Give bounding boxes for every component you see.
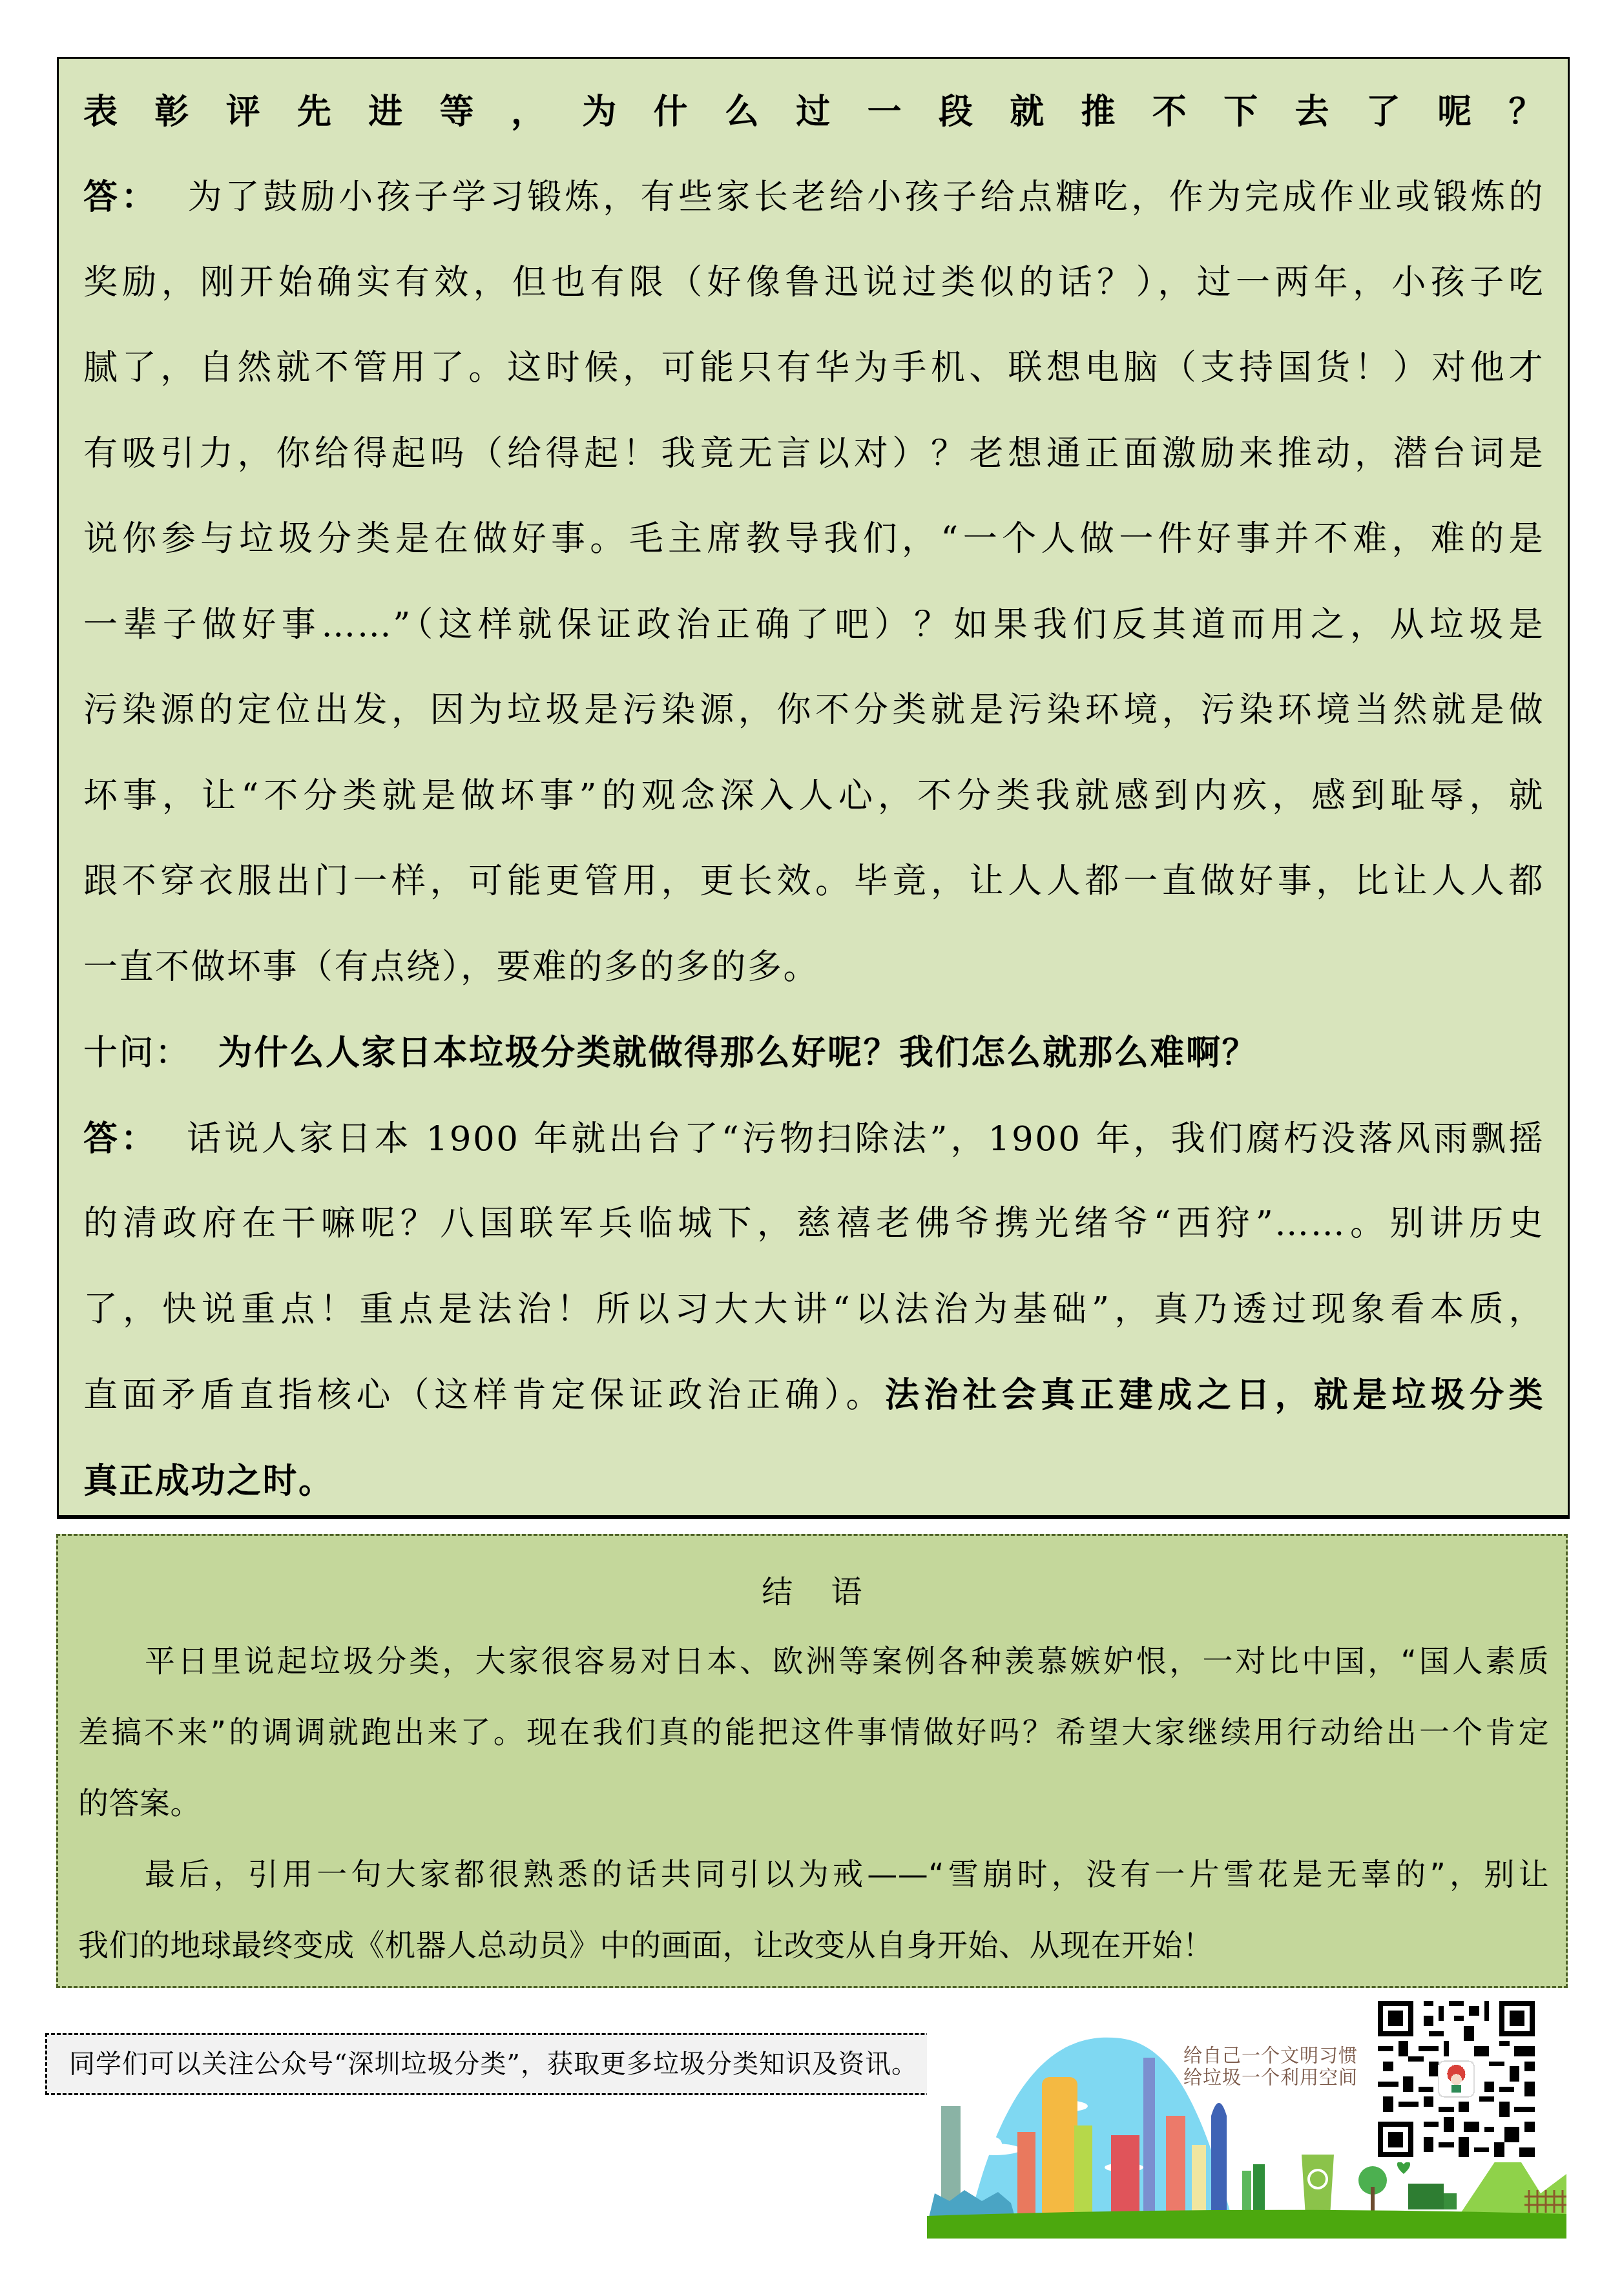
body-text: 说你参与垃圾分类是在做好事。毛主席教导我们，“一个人做一件好事并不难，难的是 [83, 519, 1544, 559]
body-text: 的清政府在干嘛呢？八国联军兵临城下，慈禧老佛爷携光绪爷“西狩”……。别讲历史 [83, 1204, 1544, 1243]
qr-code-icon [1371, 1996, 1542, 2162]
qa-line: 了，快说重点！重点是法治！所以习大大讲“以法治为基础”，真乃透过现象看本质， [83, 1267, 1544, 1353]
qa-line: 坏事，让“不分类就是做坏事”的观念深入人心，不分类我就感到内疚，感到耻辱，就 [83, 754, 1544, 840]
qa-line: 答： 为了鼓励小孩子学习锻炼，有些家长老给小孩子给点糖吃，作为完成作业或锻炼的 [83, 154, 1544, 240]
wechat-follow-note: 同学们可以关注公众号“深圳垃圾分类”，获取更多垃圾分类知识及资讯。 [45, 2033, 1012, 2095]
body-text: 一直不做坏事（有点绕），要难的多的多的多。 [83, 947, 819, 987]
bold-text: 真正成功之时。 [83, 1461, 335, 1501]
slogan-line-2: 给垃圾一个利用空间 [1183, 2067, 1358, 2089]
conclusion-line: 的答案。 [78, 1768, 1549, 1839]
bold-text: 答： [83, 1119, 158, 1159]
slogan-line-1: 给自己一个文明习惯 [1183, 2045, 1358, 2067]
body-text: 一辈子做好事……”（这样就保证政治正确了吧）？如果我们反其道而用之，从垃圾是 [83, 605, 1544, 645]
qa-line: 一直不做坏事（有点绕），要难的多的多的多。 [83, 925, 1544, 1011]
qa-line: 跟不穿衣服出门一样，可能更管用，更长效。毕竟，让人人都一直做好事，比让人人都 [83, 839, 1544, 925]
conclusion-line: 平日里说起垃圾分类，大家很容易对日本、欧洲等案例各种羡慕嫉妒恨，一对比中国，“国… [145, 1626, 1549, 1697]
body-text: 跟不穿衣服出门一样，可能更管用，更长效。毕竟，让人人都一直做好事，比让人人都 [83, 862, 1544, 901]
qa-line: 表彰评先进等，为什么过一段就推不下去了呢？ [83, 69, 1544, 155]
slogan: 给自己一个文明习惯 给垃圾一个利用空间 [1183, 2045, 1358, 2089]
qa-section: 表彰评先进等，为什么过一段就推不下去了呢？答： 为了鼓励小孩子学习锻炼，有些家长… [57, 57, 1570, 1519]
qa-line: 十问： 为什么人家日本垃圾分类就做得那么好呢？我们怎么就那么难啊？ [83, 1010, 1544, 1096]
qa-line: 奖励，刚开始确实有效，但也有限（好像鲁迅说过类似的话？），过一两年，小孩子吃 [83, 240, 1544, 326]
bold-text: 答： [83, 177, 159, 217]
body-text: 奖励，刚开始确实有效，但也有限（好像鲁迅说过类似的话？），过一两年，小孩子吃 [83, 263, 1544, 302]
conclusion-section: 结 语 平日里说起垃圾分类，大家很容易对日本、欧洲等案例各种羡慕嫉妒恨，一对比中… [56, 1534, 1568, 1988]
body-text: 坏事，让“不分类就是做坏事”的观念深入人心，不分类我就感到内疚，感到耻辱，就 [83, 776, 1544, 816]
qa-line: 直面矛盾直指核心（这样肯定保证政治正确）。法治社会真正建成之日，就是垃圾分类 [83, 1352, 1544, 1438]
qa-line: 答： 话说人家日本 1900 年就出台了“污物扫除法”，1900 年，我们腐朽没… [83, 1096, 1544, 1182]
body-text: 了，快说重点！重点是法治！所以习大大讲“以法治为基础”，真乃透过现象看本质， [83, 1290, 1544, 1329]
bold-text: 法治社会真正建成之日，就是垃圾分类 [885, 1375, 1544, 1415]
conclusion-title: 结 语 [58, 1569, 1566, 1615]
qa-line: 腻了，自然就不管用了。这时候，可能只有华为手机、联想电脑（支持国货！）对他才 [83, 326, 1544, 411]
qa-line: 的清政府在干嘛呢？八国联军兵临城下，慈禧老佛爷携光绪爷“西狩”……。别讲历史 [83, 1181, 1544, 1267]
body-text: 污染源的定位出发，因为垃圾是污染源，你不分类就是污染环境，污染环境当然就是做 [83, 690, 1544, 730]
qa-line: 污染源的定位出发，因为垃圾是污染源，你不分类就是污染环境，污染环境当然就是做 [83, 668, 1544, 754]
bold-text: 为什么人家日本垃圾分类就做得那么好呢？我们怎么就那么难啊？ [191, 1033, 1258, 1073]
conclusion-line: 差搞不来”的调调就跑出来了。现在我们真的能把这件事情做好吗？希望大家继续用行动给… [78, 1697, 1549, 1768]
body-text: 有吸引力，你给得起吗（给得起！我竟无言以对）？老想通正面激励来推动，潜台词是 [83, 434, 1544, 473]
question-label: 十问： [83, 1033, 191, 1073]
body-text: 话说人家日本 1900 年就出台了“污物扫除法”，1900 年，我们腐朽没落风雨… [158, 1119, 1544, 1159]
conclusion-line: 最后，引用一句大家都很熟悉的话共同引以为戒——“雪崩时，没有一片雪花是无辜的”，… [145, 1839, 1549, 1910]
qa-line: 说你参与垃圾分类是在做好事。毛主席教导我们，“一个人做一件好事并不难，难的是 [83, 497, 1544, 583]
qa-line: 一辈子做好事……”（这样就保证政治正确了吧）？如果我们反其道而用之，从垃圾是 [83, 583, 1544, 668]
body-text: 腻了，自然就不管用了。这时候，可能只有华为手机、联想电脑（支持国货！）对他才 [83, 348, 1544, 388]
qa-line: 有吸引力，你给得起吗（给得起！我竟无言以对）？老想通正面激励来推动，潜台词是 [83, 411, 1544, 497]
body-text: 为了鼓励小孩子学习锻炼，有些家长老给小孩子给点糖吃，作为完成作业或锻炼的 [159, 178, 1544, 217]
bold-text: 表彰评先进等，为什么过一段就推不下去了呢？ [83, 92, 1544, 132]
body-text: 直面矛盾直指核心（这样肯定保证政治正确）。 [83, 1376, 885, 1415]
qa-line: 真正成功之时。 [83, 1438, 1544, 1524]
conclusion-line: 我们的地球最终变成《机器人总动员》中的画面，让改变从自身开始、从现在开始！ [78, 1910, 1549, 1981]
